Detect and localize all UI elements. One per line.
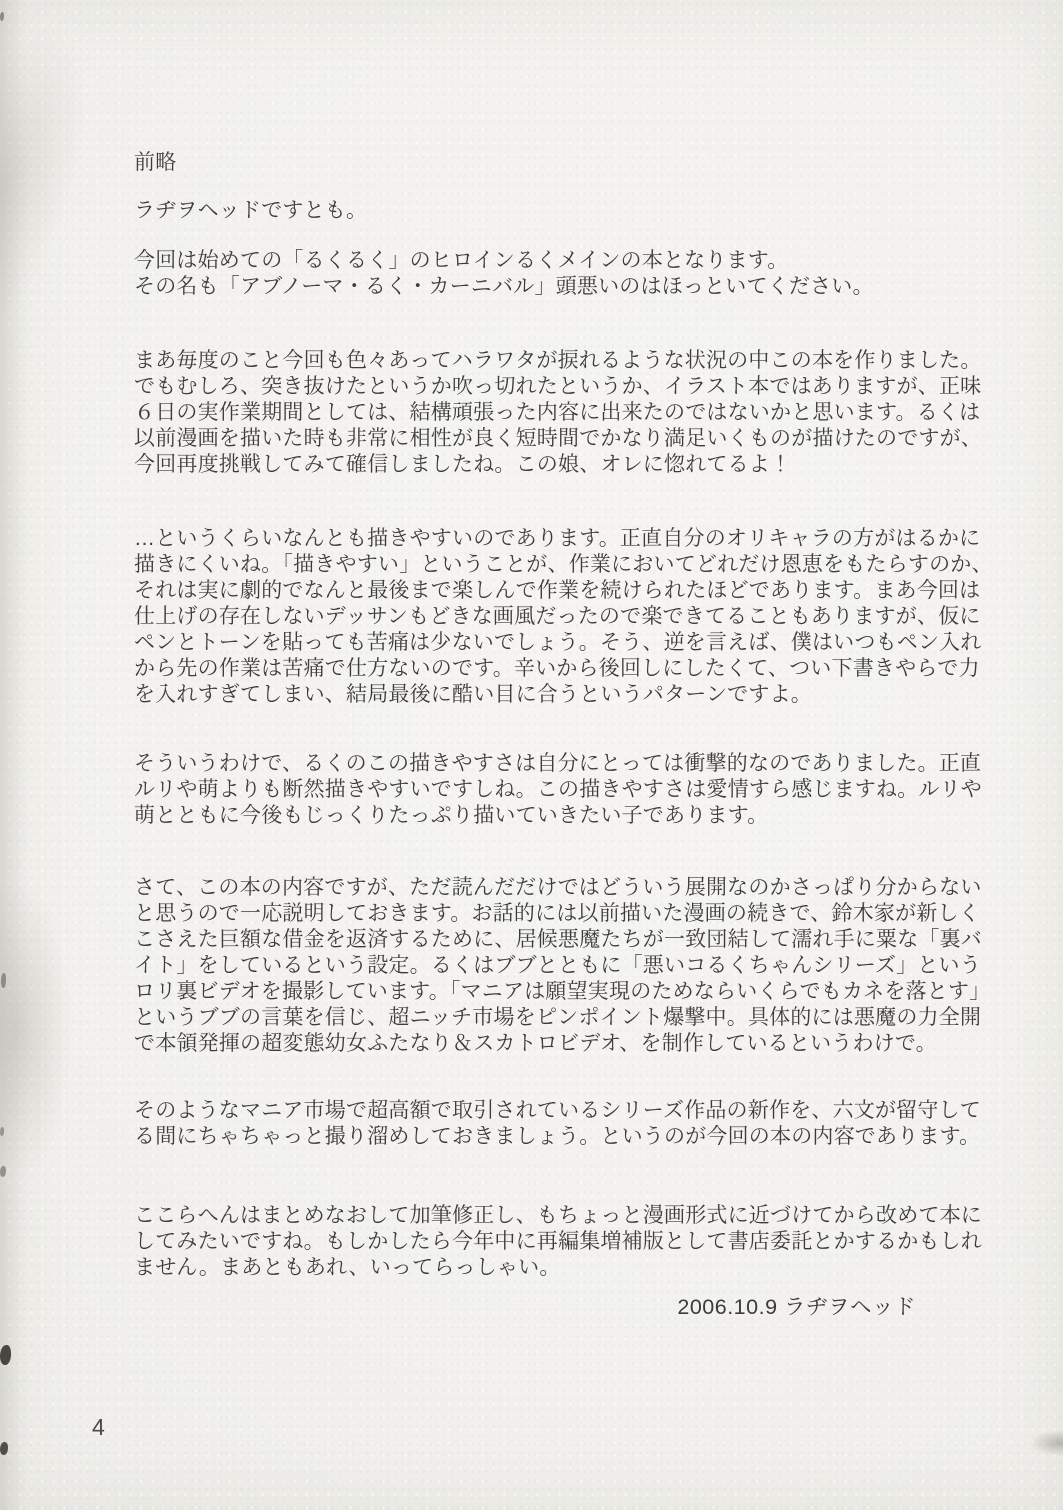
text-line: で本領発揮の超変態幼女ふたなり＆スカトロビデオ、を制作しているというわけで。 [134, 1031, 946, 1057]
text-line: から先の作業は苦痛で仕方ないのです。辛いから後回しにしたくて、つい下書きやらで力 [134, 656, 946, 682]
paragraph: まあ毎度のこと今回も色々あってハラワタが捩れるような状況の中この本を作りました。… [134, 348, 946, 478]
text-line: 今回再度挑戦してみて確信しましたね。この娘、オレに惚れてるよ！ [134, 452, 946, 478]
paragraph: そういうわけで、るくのこの描きやすさは自分にとっては衝撃的なのでありました。正直… [134, 751, 946, 829]
text-line: と思うので一応説明しておきます。お話的には以前描いた漫画の続きで、鈴木家が新しく [134, 901, 946, 927]
page-number: 4 [92, 1414, 105, 1440]
text-line: る間にちゃちゃっと撮り溜めしておきましょう。というのが今回の本の内容であります。 [134, 1124, 946, 1150]
paragraph: 前略 [134, 150, 946, 176]
letter-body: 前略ラヂヲヘッドですとも。今回は始めての「るくるく」のヒロインるくメインの本とな… [0, 0, 1063, 1510]
text-line: ペンとトーンを貼っても苦痛は少ないでしょう。そう、逆を言えば、僕はいつもペン入れ [134, 630, 946, 656]
text-line: ルリや萌よりも断然描きやすいですしね。この描きやすさは愛情すら感じますね。ルリや [134, 777, 946, 803]
text-line: でもむしろ、突き抜けたというか吹っ切れたというか、イラスト本ではありますが、正味 [134, 374, 946, 400]
paragraph: ここらへんはまとめなおして加筆修正し、もちょっと漫画形式に近づけてから改めて本に… [134, 1203, 946, 1281]
paragraph: さて、この本の内容ですが、ただ読んだだけではどういう展開なのかさっぱり分からない… [134, 875, 946, 1057]
text-line: 前略 [134, 150, 946, 176]
text-line: 仕上げの存在しないデッサンもどきな画風だったので楽できてることもありますが、仮に [134, 604, 946, 630]
text-line: 描きにくいね。「描きやすい」ということが、作業においてどれだけ恩恵をもたらすのか… [134, 552, 946, 578]
paragraph: …というくらいなんとも描きやすいのであります。正直自分のオリキャラの方がはるかに… [134, 526, 946, 708]
text-line: ロリ裏ビデオを撮影しています。「マニアは願望実現のためならいくらでもカネを落とす… [134, 979, 946, 1005]
text-line: 以前漫画を描いた時も非常に相性が良く短時間でかなり満足いくものが描けたのですが、 [134, 426, 946, 452]
text-line: ここらへんはまとめなおして加筆修正し、もちょっと漫画形式に近づけてから改めて本に [134, 1203, 946, 1229]
text-line: その名も「アブノーマ・るく・カーニバル」頭悪いのはほっといてください。 [134, 274, 946, 300]
text-line: さて、この本の内容ですが、ただ読んだだけではどういう展開なのかさっぱり分からない [134, 875, 946, 901]
paragraph: 今回は始めての「るくるく」のヒロインるくメインの本となります。その名も「アブノー… [134, 248, 946, 300]
text-line: ６日の実作業期間としては、結構頑張った内容に出来たのではないかと思います。るくは [134, 400, 946, 426]
text-line: ません。まあともあれ、いってらっしゃい。 [134, 1255, 946, 1281]
text-line: 今回は始めての「るくるく」のヒロインるくメインの本となります。 [134, 248, 946, 274]
scanned-page: 前略ラヂヲヘッドですとも。今回は始めての「るくるく」のヒロインるくメインの本とな… [0, 0, 1063, 1510]
text-line: ラヂヲヘッドですとも。 [134, 198, 946, 224]
paragraph: そのようなマニア市場で超高額で取引されているシリーズ作品の新作を、六文が留守して… [134, 1098, 946, 1150]
text-line: こさえた巨額な借金を返済するために、居候悪魔たちが一致団結して濡れ手に粟な「裏バ [134, 927, 946, 953]
signature-date-line: 2006.10.9 ラヂヲヘッド [134, 1294, 916, 1320]
text-line: してみたいですね。もしかしたら今年中に再編集増補版として書店委託とかするかもしれ [134, 1229, 946, 1255]
text-line: 萌とともに今後もじっくりたっぷり描いていきたい子であります。 [134, 803, 946, 829]
paragraph: ラヂヲヘッドですとも。 [134, 198, 946, 224]
text-line: …というくらいなんとも描きやすいのであります。正直自分のオリキャラの方がはるかに [134, 526, 946, 552]
text-line: イト」をしているという設定。るくはブブとともに「悪いコるくちゃんシリーズ」という [134, 953, 946, 979]
text-line: それは実に劇的でなんと最後まで楽しんで作業を続けられたほどであります。まあ今回は [134, 578, 946, 604]
text-line: を入れすぎてしまい、結局最後に酷い目に合うというパターンですよ。 [134, 682, 946, 708]
text-line: というブブの言葉を信じ、超ニッチ市場をピンポイント爆撃中。具体的には悪魔の力全開 [134, 1005, 946, 1031]
text-line: そういうわけで、るくのこの描きやすさは自分にとっては衝撃的なのでありました。正直 [134, 751, 946, 777]
text-line: そのようなマニア市場で超高額で取引されているシリーズ作品の新作を、六文が留守して [134, 1098, 946, 1124]
text-line: まあ毎度のこと今回も色々あってハラワタが捩れるような状況の中この本を作りました。 [134, 348, 946, 374]
